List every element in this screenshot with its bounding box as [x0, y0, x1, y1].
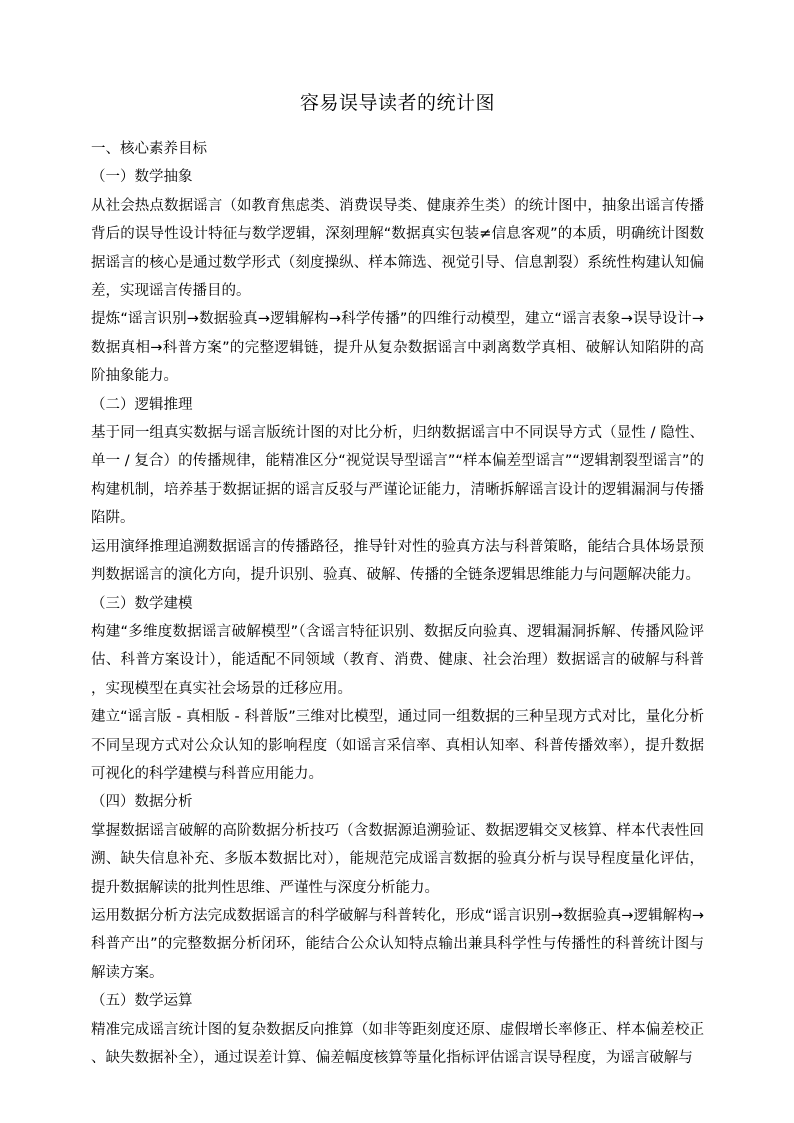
paragraph-math-modeling-1: 构建“多维度数据谣言破解模型”（含谣言特征识别、数据反向验真、逻辑漏洞拆解、传播…: [91, 618, 704, 703]
subsection-heading-math-operations: （五）数学运算: [91, 987, 704, 1015]
subsection-heading-math-abstraction: （一）数学抽象: [91, 163, 704, 191]
paragraph-math-abstraction-1: 从社会热点数据谣言（如教育焦虑类、消费误导类、健康养生类）的统计图中，抽象出谣言…: [91, 192, 704, 306]
paragraph-logical-reasoning-2: 运用演绎推理追溯数据谣言的传播路径，推导针对性的验真方法与科普策略，能结合具体场…: [91, 533, 704, 590]
subsection-heading-logical-reasoning: （二）逻辑推理: [91, 391, 704, 419]
document-page: 容易误导读者的统计图 一、核心素养目标 （一）数学抽象 从社会热点数据谣言（如教…: [0, 0, 794, 1123]
paragraph-data-analysis-2: 运用数据分析方法完成数据谣言的科学破解与科普转化，形成“谣言识别→数据验真→逻辑…: [91, 902, 704, 987]
page-title: 容易误导读者的统计图: [91, 88, 704, 118]
paragraph-math-abstraction-2: 提炼“谣言识别→数据验真→逻辑解构→科学传播”的四维行动模型，建立“谣言表象→误…: [91, 305, 704, 390]
section-heading-core-literacy-goals: 一、核心素养目标: [91, 135, 704, 163]
paragraph-math-operations-1: 精准完成谣言统计图的复杂数据反向推算（如非等距刻度还原、虚假增长率修正、样本偏差…: [91, 1016, 704, 1073]
paragraph-math-modeling-2: 建立“谣言版 - 真相版 - 科普版”三维对比模型，通过同一组数据的三种呈现方式…: [91, 703, 704, 788]
subsection-heading-data-analysis: （四）数据分析: [91, 788, 704, 816]
paragraph-data-analysis-1: 掌握数据谣言破解的高阶数据分析技巧（含数据源追溯验证、数据逻辑交叉核算、样本代表…: [91, 817, 704, 902]
paragraph-logical-reasoning-1: 基于同一组真实数据与谣言版统计图的对比分析，归纳数据谣言中不同误导方式（显性 /…: [91, 419, 704, 533]
subsection-heading-math-modeling: （三）数学建模: [91, 590, 704, 618]
